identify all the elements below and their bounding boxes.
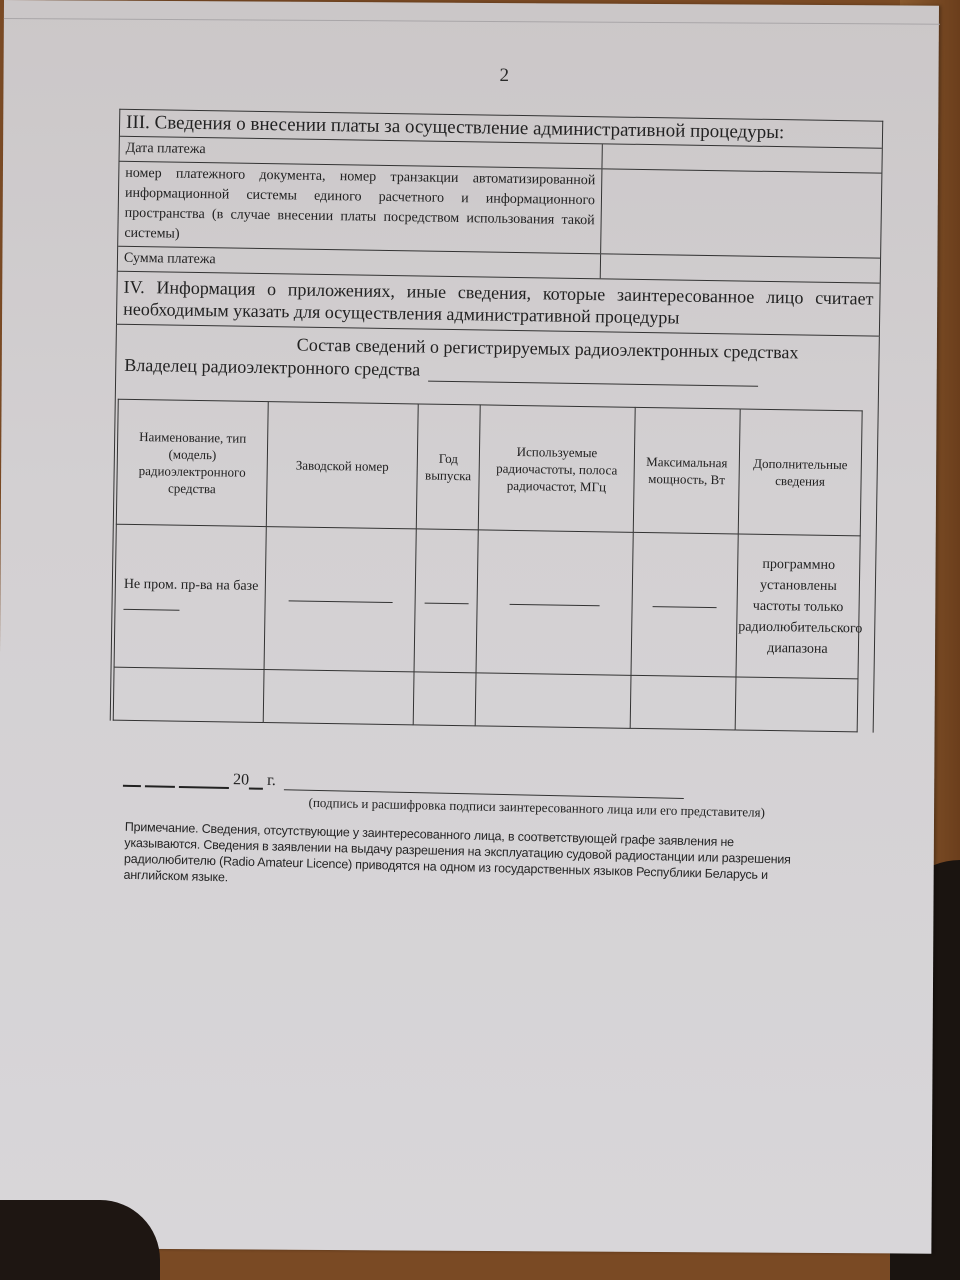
cell-frequencies[interactable] <box>475 673 631 728</box>
year-suffix: г. <box>267 772 276 790</box>
cell-serial-number[interactable] <box>263 670 414 725</box>
header-serial-number: Заводской номер <box>266 402 418 529</box>
owner-label: Владелец радиоэлектронного средства <box>124 353 420 382</box>
header-name-type: Наименование, тип (модель) радиоэлектрон… <box>116 399 268 526</box>
header-year: Год выпуска <box>416 404 480 530</box>
blank-line <box>510 603 600 606</box>
cell-name-type[interactable]: Не пром. пр-ва на базе <box>114 524 266 669</box>
table-header-row: Наименование, тип (модель) радиоэлектрон… <box>116 399 862 536</box>
day-blank[interactable] <box>123 784 141 787</box>
cell-additional-info[interactable]: программно установлены частоты только ра… <box>736 534 860 679</box>
year-blank[interactable] <box>249 786 263 789</box>
payment-document-label: номер платежного документа, номер транза… <box>118 162 602 254</box>
cell-max-power[interactable] <box>630 675 736 730</box>
month-name-blank[interactable] <box>179 785 229 789</box>
header-max-power: Максимальная мощность, Вт <box>633 407 740 534</box>
underlying-page-edge <box>4 0 940 25</box>
cell-name-type-text: Не пром. пр-ва на базе <box>124 577 259 594</box>
cell-serial-number[interactable] <box>264 527 416 672</box>
table-row: Не пром. пр-ва на базе программно устано… <box>114 524 860 679</box>
composition-section: Состав сведений о регистрируемых радиоэл… <box>110 325 880 733</box>
blank-line <box>123 608 179 611</box>
cell-additional-info[interactable] <box>735 677 858 732</box>
document-page: 2 III. Сведения о внесении платы за осущ… <box>0 0 939 1254</box>
signature-block: 20 г. (подпись и расшифровка подписи заи… <box>122 769 843 823</box>
table-row <box>113 667 858 732</box>
payment-document-field[interactable] <box>601 169 881 257</box>
owner-field[interactable] <box>428 363 758 387</box>
cell-year[interactable] <box>413 672 476 726</box>
radio-equipment-table: Наименование, тип (модель) радиоэлектрон… <box>113 399 863 733</box>
cell-year[interactable] <box>414 529 478 673</box>
desk-shadow <box>0 1200 160 1280</box>
blank-line <box>653 605 717 608</box>
year-prefix: 20 <box>233 771 249 789</box>
header-additional-info: Дополнительные сведения <box>738 409 862 536</box>
note-text: Примечание. Сведения, отсутствующие у за… <box>123 819 804 900</box>
page-number: 2 <box>499 65 509 87</box>
header-frequencies: Используемые радиочастоты, полоса радиоч… <box>478 405 635 532</box>
section-3: III. Сведения о внесении платы за осущес… <box>116 109 883 337</box>
month-blank[interactable] <box>145 784 175 788</box>
payment-document-row: номер платежного документа, номер транза… <box>118 162 881 259</box>
cell-name-type[interactable] <box>113 667 264 722</box>
application-form: III. Сведения о внесении платы за осущес… <box>110 109 884 733</box>
payment-date-field[interactable] <box>602 144 881 172</box>
payment-sum-field[interactable] <box>601 254 880 282</box>
blank-line <box>424 602 468 605</box>
blank-line <box>288 599 392 603</box>
cell-max-power[interactable] <box>631 532 738 677</box>
cell-frequencies[interactable] <box>476 530 633 675</box>
